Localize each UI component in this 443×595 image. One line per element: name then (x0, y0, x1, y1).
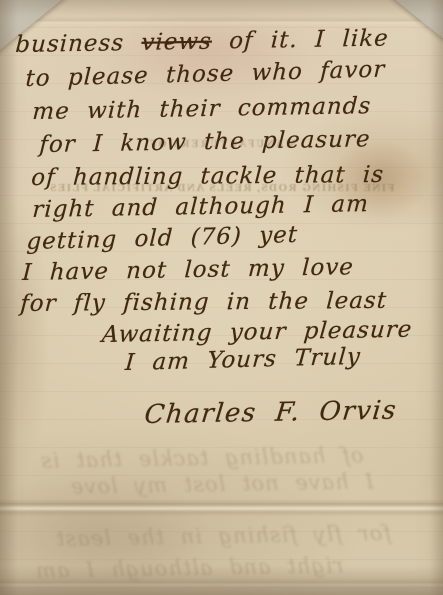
letter-line-1-struck-word: views (141, 29, 213, 56)
letter-line-8: I have not lost my love (22, 256, 355, 285)
letter-paper: MANUFACTURERS OF FINE FISHING RODS, REEL… (0, 0, 443, 595)
letter-photograph: MANUFACTURERS OF FINE FISHING RODS, REEL… (0, 0, 443, 595)
letter-line-1-post: of it. I like (211, 25, 389, 54)
paper-crease-bottom (0, 578, 443, 588)
letter-line-6: right and although I am (32, 193, 370, 222)
letter-line-4: for I know the pleasure (39, 128, 371, 157)
paper-fold-crease (0, 499, 443, 517)
letter-signature: Charles F. Orvis (143, 398, 398, 428)
letter-line-3: me with their commands (32, 95, 372, 124)
letter-closing-line-2: I am Yours Truly (124, 346, 361, 375)
letter-line-5: of handling tackle that is (31, 164, 385, 190)
letter-closing-line-1: Awaiting your pleasure (101, 319, 413, 347)
letter-line-1-pre: business (15, 30, 142, 58)
letter-line-9: for fly fishing in the least (20, 290, 388, 316)
paper-crease-top (0, 16, 443, 26)
